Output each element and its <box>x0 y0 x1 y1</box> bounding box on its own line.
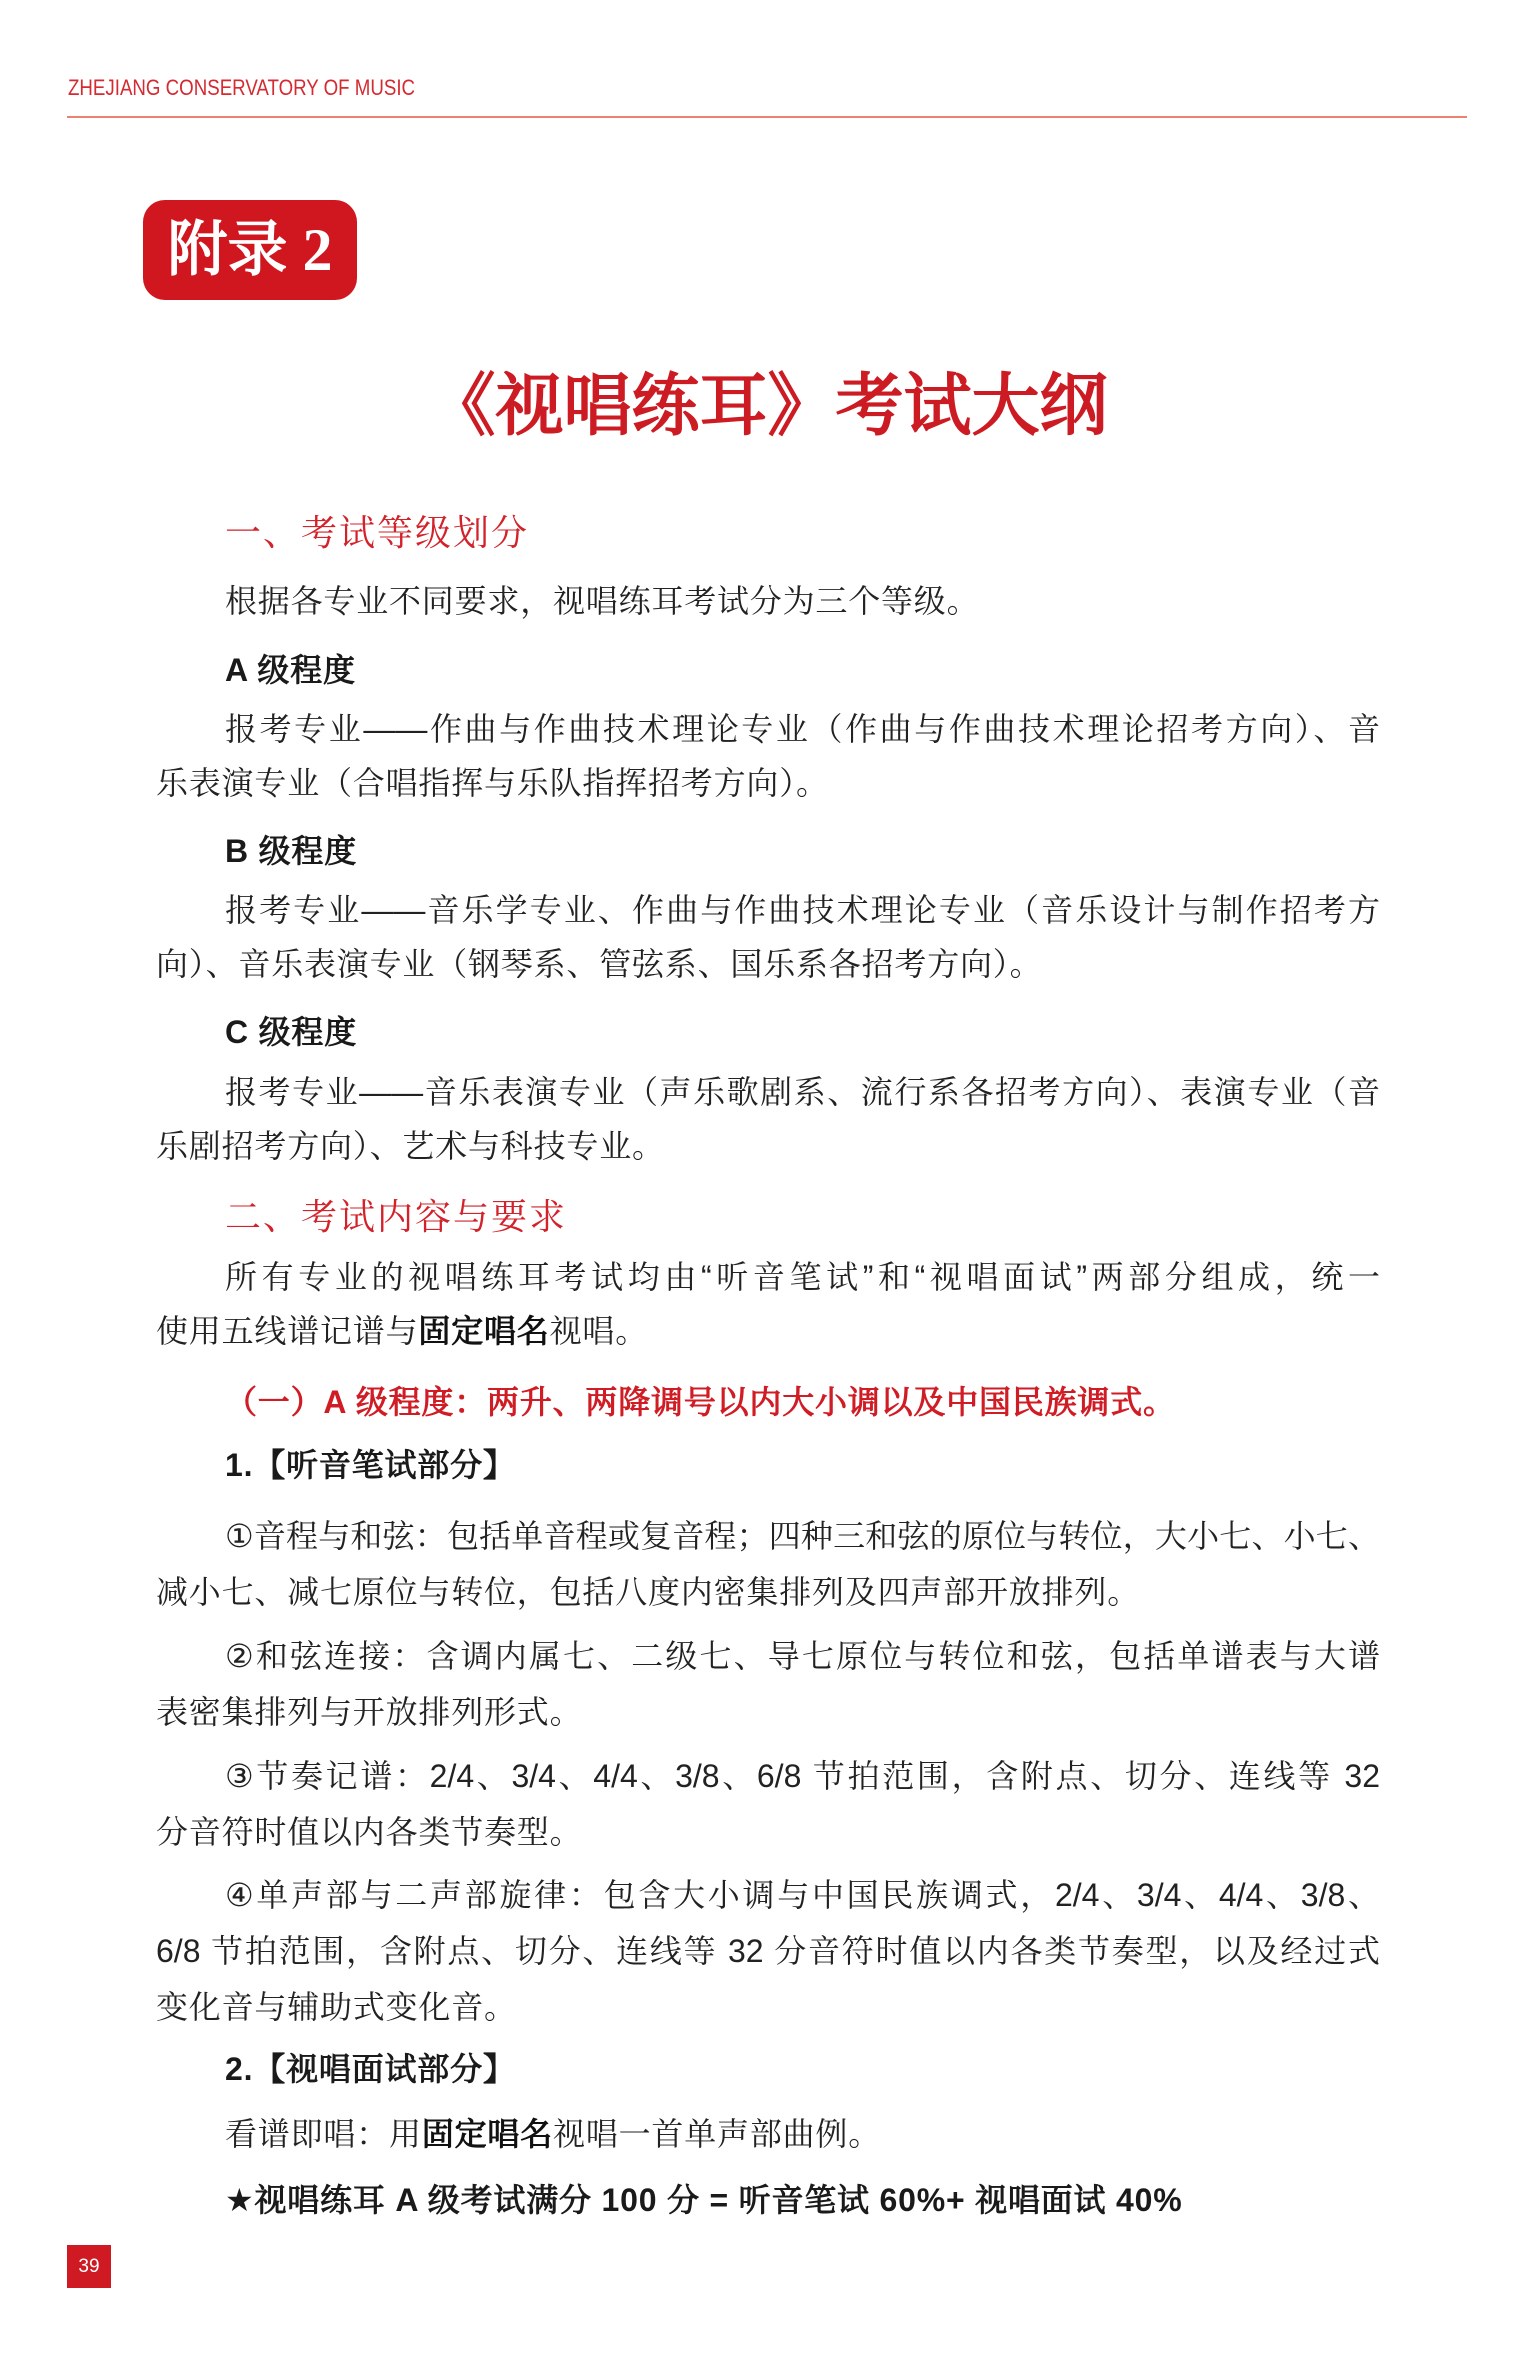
text-segment: 视唱一首单声部曲例。 <box>553 2116 881 2152</box>
intro-text: 根据各专业不同要求，视唱练耳考试分为三个等级。 <box>156 574 1380 628</box>
paragraph-line: 变化音与辅助式变化音。 <box>156 1979 1380 2035</box>
paragraph-line: 向）、音乐表演专业（钢琴系、管弦系、国乐系各招考方向）。 <box>156 937 1380 991</box>
level-c-description: 报考专业——音乐表演专业（声乐歌剧系、流行系各招考方向）、表演专业（音 乐剧招考… <box>156 1065 1380 1173</box>
level-label: B 级程度 <box>156 824 1380 878</box>
oral-part-title: 2.【视唱面试部分】 <box>156 2042 1380 2096</box>
level-b-label: B 级程度 <box>156 824 1380 878</box>
level-b-description: 报考专业——音乐学专业、作曲与作曲技术理论专业（音乐设计与制作招考方 向）、音乐… <box>156 883 1380 991</box>
written-item-3: ③节奏记谱：2/4、3/4、4/4、3/8、6/8 节拍范围，含附点、切分、连线… <box>156 1748 1380 1860</box>
oral-part-description: 看谱即唱：用固定唱名视唱一首单声部曲例。 <box>156 2107 1380 2161</box>
paragraph-line: 报考专业——音乐表演专业（声乐歌剧系、流行系各招考方向）、表演专业（音 <box>156 1065 1380 1119</box>
section2-intro: 所有专业的视唱练耳考试均由“听音笔试”和“视唱面试”两部分组成，统一 使用五线谱… <box>156 1250 1380 1358</box>
written-part-title: 1.【听音笔试部分】 <box>156 1438 1380 1492</box>
part-title: 1.【听音笔试部分】 <box>156 1438 1380 1492</box>
text-segment: 使用五线谱记谱与 <box>156 1313 418 1349</box>
appendix-label: 附录 2 <box>168 217 333 283</box>
written-item-1: ①音程与和弦：包括单音程或复音程；四种三和弦的原位与转位，大小七、小七、 减小七… <box>156 1508 1380 1620</box>
header-rule <box>67 116 1467 118</box>
paragraph-line: 分音符时值以内各类节奏型。 <box>156 1804 1380 1860</box>
paragraph-line: 乐表演专业（合唱指挥与乐队指挥招考方向）。 <box>156 756 1380 810</box>
part-title: 2.【视唱面试部分】 <box>156 2042 1380 2096</box>
document-title: 《视唱练耳》考试大纲 <box>0 366 1535 446</box>
section-heading-content: 二、考试内容与要求 <box>225 1192 567 1242</box>
paragraph-line: ④单声部与二声部旋律：包含大小调与中国民族调式，2/4、3/4、4/4、3/8、 <box>156 1867 1380 1923</box>
paragraph-line: ③节奏记谱：2/4、3/4、4/4、3/8、6/8 节拍范围，含附点、切分、连线… <box>156 1748 1380 1804</box>
written-item-4: ④单声部与二声部旋律：包含大小调与中国民族调式，2/4、3/4、4/4、3/8、… <box>156 1867 1380 2035</box>
level-label: A 级程度 <box>156 643 1380 697</box>
paragraph-line: 6/8 节拍范围，含附点、切分、连线等 32 分音符时值以内各类节奏型，以及经过… <box>156 1923 1380 1979</box>
institution-name: ZHEJIANG CONSERVATORY OF MUSIC <box>68 75 415 100</box>
paragraph-line: 看谱即唱：用固定唱名视唱一首单声部曲例。 <box>156 2107 1380 2161</box>
level-a-description: 报考专业——作曲与作曲技术理论专业（作曲与作曲技术理论招考方向）、音 乐表演专业… <box>156 702 1380 810</box>
text-segment: 看谱即唱：用 <box>225 2116 422 2152</box>
paragraph-line: 表密集排列与开放排列形式。 <box>156 1684 1380 1740</box>
bold-term: 固定唱名 <box>418 1313 549 1349</box>
appendix-badge: 附录 2 <box>143 200 357 300</box>
paragraph-line: ②和弦连接：含调内属七、二级七、导七原位与转位和弦，包括单谱表与大谱 <box>156 1628 1380 1684</box>
paragraph-line: 报考专业——作曲与作曲技术理论专业（作曲与作曲技术理论招考方向）、音 <box>156 702 1380 756</box>
page-number-badge: 39 <box>67 2245 111 2288</box>
document-page: ZHEJIANG CONSERVATORY OF MUSIC 附录 2 《视唱练… <box>0 0 1535 2362</box>
section-heading-grading: 一、考试等级划分 <box>225 508 529 558</box>
level-label: C 级程度 <box>156 1005 1380 1059</box>
paragraph-line: 减小七、减七原位与转位，包括八度内密集排列及四声部开放排列。 <box>156 1564 1380 1620</box>
level-a-subheading: （一）A 级程度：两升、两降调号以内大小调以及中国民族调式。 <box>156 1375 1380 1429</box>
subsection-heading: （一）A 级程度：两升、两降调号以内大小调以及中国民族调式。 <box>156 1375 1380 1429</box>
written-item-2: ②和弦连接：含调内属七、二级七、导七原位与转位和弦，包括单谱表与大谱 表密集排列… <box>156 1628 1380 1740</box>
bold-term: 固定唱名 <box>422 2116 553 2152</box>
paragraph-line: 报考专业——音乐学专业、作曲与作曲技术理论专业（音乐设计与制作招考方 <box>156 883 1380 937</box>
paragraph-line: 使用五线谱记谱与固定唱名视唱。 <box>156 1304 1380 1358</box>
text-segment: 视唱。 <box>550 1313 648 1349</box>
score-note: ★视唱练耳 A 级考试满分 100 分 = 听音笔试 60%+ 视唱面试 40% <box>156 2173 1380 2227</box>
paragraph-line: 所有专业的视唱练耳考试均由“听音笔试”和“视唱面试”两部分组成，统一 <box>156 1250 1380 1304</box>
paragraph-line: ①音程与和弦：包括单音程或复音程；四种三和弦的原位与转位，大小七、小七、 <box>156 1508 1380 1564</box>
score-note-text: 视唱练耳 A 级考试满分 100 分 = 听音笔试 60%+ 视唱面试 40% <box>255 2182 1183 2218</box>
paragraph-line: 乐剧招考方向）、艺术与科技专业。 <box>156 1119 1380 1173</box>
score-note-line: ★视唱练耳 A 级考试满分 100 分 = 听音笔试 60%+ 视唱面试 40% <box>156 2173 1380 2227</box>
level-a-label: A 级程度 <box>156 643 1380 697</box>
level-c-label: C 级程度 <box>156 1005 1380 1059</box>
running-header: ZHEJIANG CONSERVATORY OF MUSIC <box>68 76 415 100</box>
star-icon: ★ <box>225 2182 255 2218</box>
page-number: 39 <box>78 2256 99 2277</box>
section1-intro: 根据各专业不同要求，视唱练耳考试分为三个等级。 <box>156 574 1380 628</box>
